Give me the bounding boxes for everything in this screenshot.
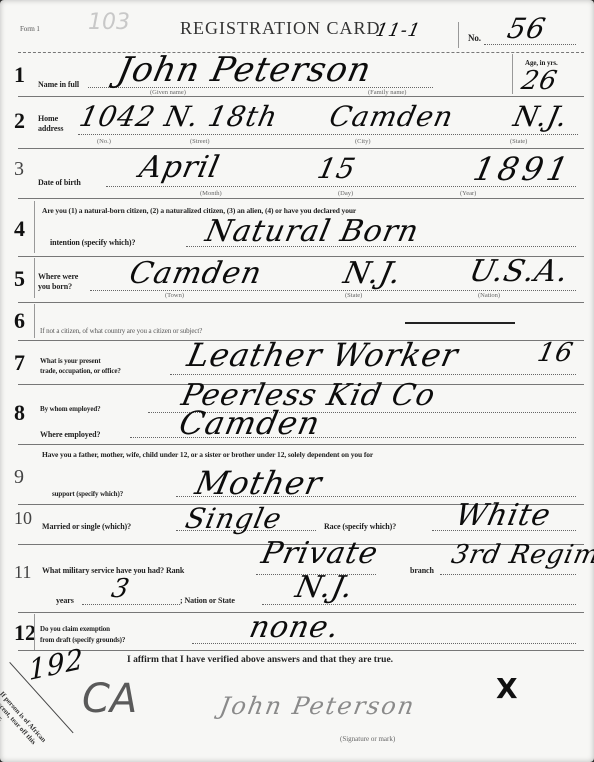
birthplace-label-line1: Where were — [38, 272, 78, 282]
marital-status-label: Married or single (which)? — [42, 522, 131, 532]
card-number: 56 — [504, 12, 549, 45]
branch-value: 3rd Regiment — [449, 540, 594, 570]
home-address-label-line2: address — [38, 124, 63, 134]
exemption-label-line1: Do you claim exemption — [40, 624, 110, 634]
street-value: 1042 N. 18th — [76, 100, 281, 133]
state-caption: (State) — [345, 292, 362, 299]
family-name-caption: (Family name) — [368, 89, 406, 96]
age-value: 26 — [519, 66, 560, 96]
birth-nation-value: U.S.A. — [466, 254, 572, 289]
row-number: 10 — [14, 508, 32, 529]
birth-month-value: April — [136, 150, 223, 185]
header-divider — [458, 22, 459, 48]
row-number: 3 — [14, 158, 24, 181]
row-number: 5 — [14, 266, 25, 292]
years-label: years — [56, 596, 74, 606]
nation-caption: (Nation) — [478, 292, 500, 299]
state-value: N.J. — [510, 100, 571, 133]
nation-or-state-value: N.J. — [292, 570, 357, 605]
year-caption: (Year) — [460, 190, 476, 197]
occupation-label-line1: What is your present — [40, 356, 101, 366]
card-title: REGISTRATION CARD — [180, 18, 381, 39]
occupation-line — [170, 374, 576, 375]
city-caption: (City) — [355, 138, 371, 145]
dependents-question-line1: Have you a father, mother, wife, child u… — [42, 450, 373, 460]
years-line — [82, 604, 180, 605]
foreign-citizenship-dash — [405, 322, 515, 324]
branch-label: branch — [410, 566, 434, 576]
street-caption: (Street) — [190, 138, 210, 145]
row-number: 11 — [14, 562, 31, 583]
citizenship-question-line2: intention (specify which)? — [50, 238, 135, 248]
town-caption: (Town) — [165, 292, 184, 299]
occupation-extra: 16 — [535, 338, 576, 368]
divider — [18, 650, 584, 651]
employer-label: By whom employed? — [40, 404, 101, 414]
dependents-value: Mother — [192, 464, 326, 502]
no-caption: (No.) — [97, 138, 111, 145]
signature: John Peterson — [218, 692, 418, 720]
name-label: Name in full — [38, 80, 79, 90]
row-number: 4 — [14, 216, 25, 242]
race-label: Race (specify which)? — [324, 522, 396, 532]
city-value: Camden — [326, 100, 456, 133]
state-caption: (State) — [510, 138, 527, 145]
row-number: 7 — [14, 350, 25, 376]
address-line — [78, 134, 578, 135]
row-number: 2 — [14, 108, 25, 134]
marital-status-value: Single — [182, 502, 285, 535]
divider — [18, 444, 584, 445]
birth-day-value: 15 — [314, 152, 359, 185]
signature-caption: (Signature or mark) — [340, 735, 395, 743]
row-number: 6 — [14, 308, 25, 334]
number-label: No. — [468, 33, 481, 43]
row-number-divider — [34, 304, 35, 338]
employment-place-label: Where employed? — [40, 430, 100, 440]
form-label: Form 1 — [20, 24, 40, 34]
given-name-caption: (Given name) — [150, 89, 186, 96]
citizenship-value: Natural Born — [202, 214, 422, 249]
birth-year-value: 1891 — [470, 150, 576, 188]
rank-value: Private — [258, 536, 381, 571]
employment-place-value: Camden — [176, 404, 324, 442]
military-service-label: What military service have you had? Rank — [42, 566, 184, 576]
birthplace-label-line2: you born? — [38, 282, 72, 292]
month-caption: (Month) — [200, 190, 222, 197]
exemption-value: none. — [246, 610, 342, 645]
title-annotation: 11-1 — [374, 20, 423, 41]
occupation-value: Leather Worker — [184, 336, 462, 374]
row-number-divider — [34, 201, 35, 253]
row-number-divider — [34, 258, 35, 298]
day-caption: (Day) — [338, 190, 353, 197]
dependents-question-line2: support (specify which)? — [52, 489, 123, 499]
occupation-label-line2: trade, occupation, or office? — [40, 366, 121, 376]
branch-line — [440, 574, 576, 575]
foreign-citizenship-label: If not a citizen, of what country are yo… — [40, 326, 202, 336]
row-number: 8 — [14, 400, 25, 426]
date-of-birth-label: Date of birth — [38, 178, 81, 188]
row-number-divider — [34, 614, 35, 650]
divider — [18, 198, 584, 199]
full-name-value: John Peterson — [114, 50, 376, 90]
home-address-label-line1: Home — [38, 114, 58, 124]
faint-annotation: 103 — [88, 10, 130, 35]
birth-state-value: N.J. — [340, 256, 405, 291]
affirmation-text: I affirm that I have verified above answ… — [127, 655, 393, 665]
divider — [18, 148, 584, 149]
age-divider — [512, 54, 513, 94]
race-value: White — [452, 498, 554, 533]
nation-or-state-label: ; Nation or State — [180, 596, 235, 606]
row-number: 12 — [14, 620, 36, 646]
margin-note-letters: CA — [82, 676, 137, 722]
row-number: 1 — [14, 62, 25, 88]
row-number: 9 — [14, 466, 24, 489]
years-value: 3 — [109, 574, 133, 604]
corner-note: If person is of African descent, tear of… — [0, 690, 58, 762]
margin-note-number: 192 — [28, 642, 84, 687]
divider — [18, 96, 584, 97]
registration-card: Form 1 103 REGISTRATION CARD 11-1 No. 56… — [0, 0, 594, 762]
mark-x: X — [496, 672, 518, 705]
divider — [18, 302, 584, 303]
birth-town-value: Camden — [126, 256, 265, 291]
